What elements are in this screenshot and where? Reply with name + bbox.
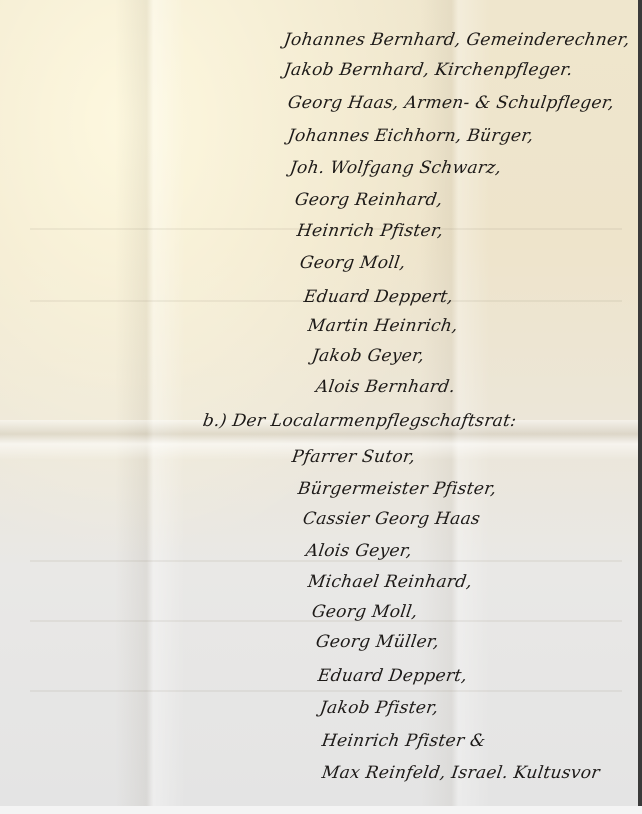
section-heading: b.) Der Localarmenpflegschaftsrat: bbox=[202, 411, 518, 431]
list-entry: Jakob Bernhard, Kirchenpfleger. bbox=[283, 60, 574, 80]
list-entry: Eduard Deppert, bbox=[317, 666, 469, 686]
list-entry: Georg Moll, bbox=[311, 602, 419, 622]
list-entry: Joh. Wolfgang Schwarz, bbox=[289, 158, 503, 178]
list-entry: Pfarrer Sutor, bbox=[291, 447, 417, 467]
list-entry: Georg Müller, bbox=[315, 632, 441, 652]
list-entry: Johannes Bernhard, Gemeinderechner, bbox=[283, 30, 632, 50]
list-entry: Jakob Geyer, bbox=[311, 346, 426, 366]
list-entry: Martin Heinrich, bbox=[307, 316, 460, 336]
page-bottom-edge bbox=[0, 806, 642, 814]
document-page: Johannes Bernhard, Gemeinderechner, Jako… bbox=[0, 0, 642, 814]
list-entry: Michael Reinhard, bbox=[307, 572, 474, 592]
list-entry: Alois Bernhard. bbox=[315, 377, 457, 397]
list-entry: Max Reinfeld, Israel. Kultusvor bbox=[321, 763, 602, 783]
list-entry: Cassier Georg Haas bbox=[302, 509, 482, 529]
bleed-through-line bbox=[30, 690, 622, 692]
list-entry: Alois Geyer, bbox=[305, 541, 414, 561]
list-entry: Heinrich Pfister, bbox=[296, 221, 445, 241]
list-entry: Johannes Eichhorn, Bürger, bbox=[287, 126, 535, 146]
page-edge-shadow bbox=[638, 0, 642, 814]
list-entry: Heinrich Pfister & bbox=[321, 731, 487, 751]
list-entry: Georg Moll, bbox=[299, 253, 407, 273]
list-entry: Jakob Pfister, bbox=[319, 698, 440, 718]
list-entry: Georg Reinhard, bbox=[294, 190, 444, 210]
list-entry: Bürgermeister Pfister, bbox=[297, 479, 498, 499]
list-entry: Georg Haas, Armen- & Schulpfleger, bbox=[287, 93, 616, 113]
list-entry: Eduard Deppert, bbox=[303, 287, 455, 307]
